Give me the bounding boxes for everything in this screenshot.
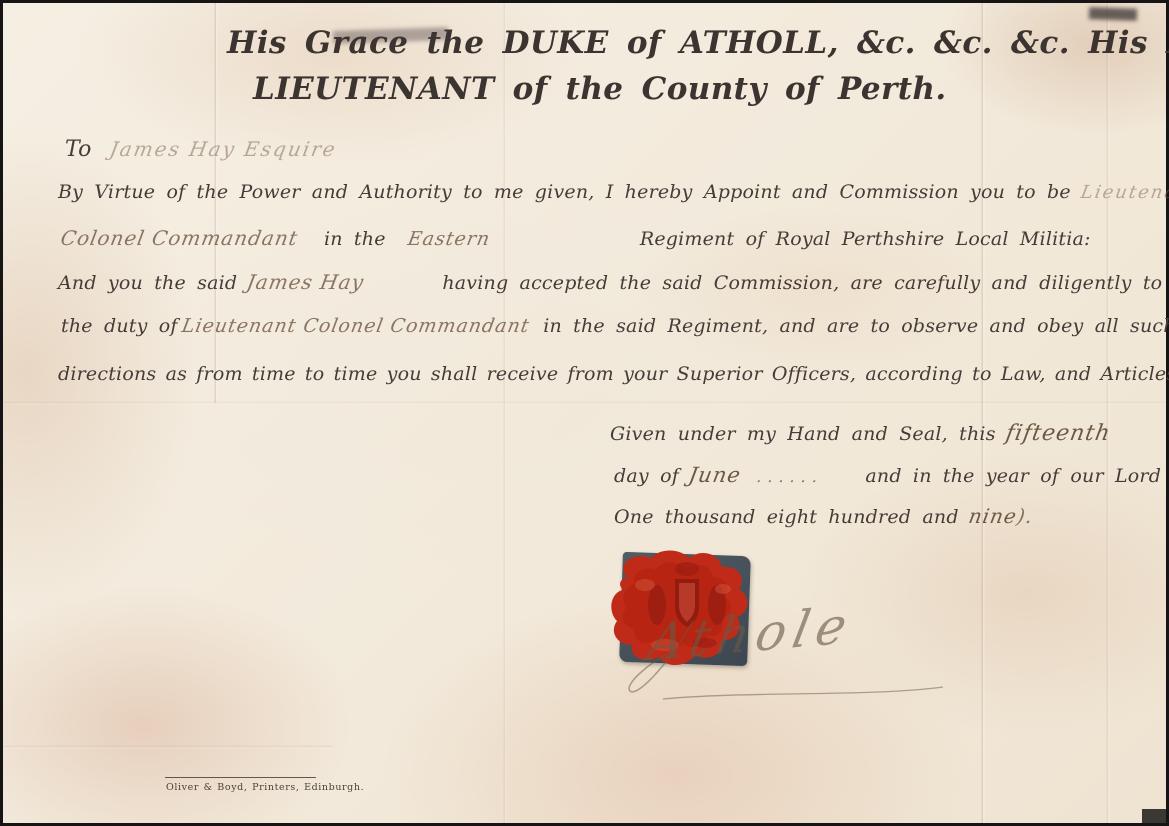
signature-flourish	[618, 603, 958, 713]
fold-line	[503, 3, 507, 823]
appointment-printed-text: By Virtue of the Power and Authority to …	[58, 181, 1071, 203]
ink-smudge	[1089, 7, 1137, 21]
acceptance-printed-end: having accepted the said Commission, are…	[442, 272, 1169, 294]
day-insertion: fifteenth	[1003, 421, 1112, 446]
regiment-printed-text: Regiment of Royal Perthshire Local Milit…	[640, 228, 1091, 250]
salutation-line: To James Hay Esquire	[65, 137, 336, 162]
letterhead-line-2: LIEUTENANT of the County of Perth.	[253, 71, 947, 107]
body-line-regiment: Colonel Commandant in the Eastern Regime…	[61, 226, 1091, 250]
body-line-directions: directions as from time to time you shal…	[58, 363, 1169, 385]
body-line-acceptance: And you the said James Hay having accept…	[58, 270, 1169, 294]
body-line-duty: the duty of Lieutenant Colonel Commandan…	[61, 315, 1169, 337]
rank-insertion-2: Colonel Commandant	[59, 226, 300, 250]
body-line-appointment: By Virtue of the Power and Authority to …	[58, 181, 1169, 203]
month-insertion: June	[687, 463, 743, 487]
imprint-rule	[165, 777, 316, 778]
year-words-printed: One thousand eight hundred and	[614, 506, 959, 528]
fold-line	[214, 3, 218, 403]
fold-line	[981, 3, 985, 823]
letterhead-line-1: His Grace the DUKE of ATHOLL, &c. &c. &c…	[227, 25, 1169, 61]
attestation-line-date: day of June ...... and in the year of ou…	[614, 463, 1161, 487]
year-insertion: nine	[967, 504, 1019, 528]
day-of-printed: day of	[614, 465, 679, 487]
filler-dots: ......	[755, 467, 825, 486]
in-the-printed: in the	[324, 228, 386, 250]
regiment-insertion: Eastern	[406, 228, 492, 250]
attestation-line-year: One thousand eight hundred and nine ).	[614, 504, 1033, 528]
acceptance-printed-start: And you the said	[58, 272, 237, 294]
to-label: To	[65, 137, 92, 162]
officer-name-insertion: James Hay	[245, 270, 366, 294]
attestation-line-given: Given under my Hand and Seal, this fifte…	[610, 421, 1110, 446]
year-of-lord-printed: and in the year of our Lord	[865, 465, 1161, 487]
given-printed-text: Given under my Hand and Seal, this	[610, 423, 996, 445]
addressee-name: James Hay Esquire	[108, 137, 339, 161]
duty-printed-start: the duty of	[61, 315, 178, 337]
closing-pen-mark: ).	[1015, 504, 1035, 528]
rank-insertion: Lieutenant	[1079, 182, 1169, 203]
document-photo: His Grace the DUKE of ATHOLL, &c. &c. &c…	[0, 0, 1169, 826]
duty-rank-insertion: Lieutenant Colonel Commandant	[180, 315, 531, 337]
printer-imprint: Oliver & Boyd, Printers, Edinburgh.	[166, 782, 364, 793]
duty-printed-end: in the said Regiment, and are to observe…	[543, 315, 1169, 337]
fold-line	[1106, 3, 1110, 823]
photo-corner-mark	[1142, 809, 1166, 823]
fold-line	[3, 745, 333, 749]
fold-line	[3, 401, 1166, 405]
directions-printed-text: directions as from time to time you shal…	[58, 363, 1169, 385]
